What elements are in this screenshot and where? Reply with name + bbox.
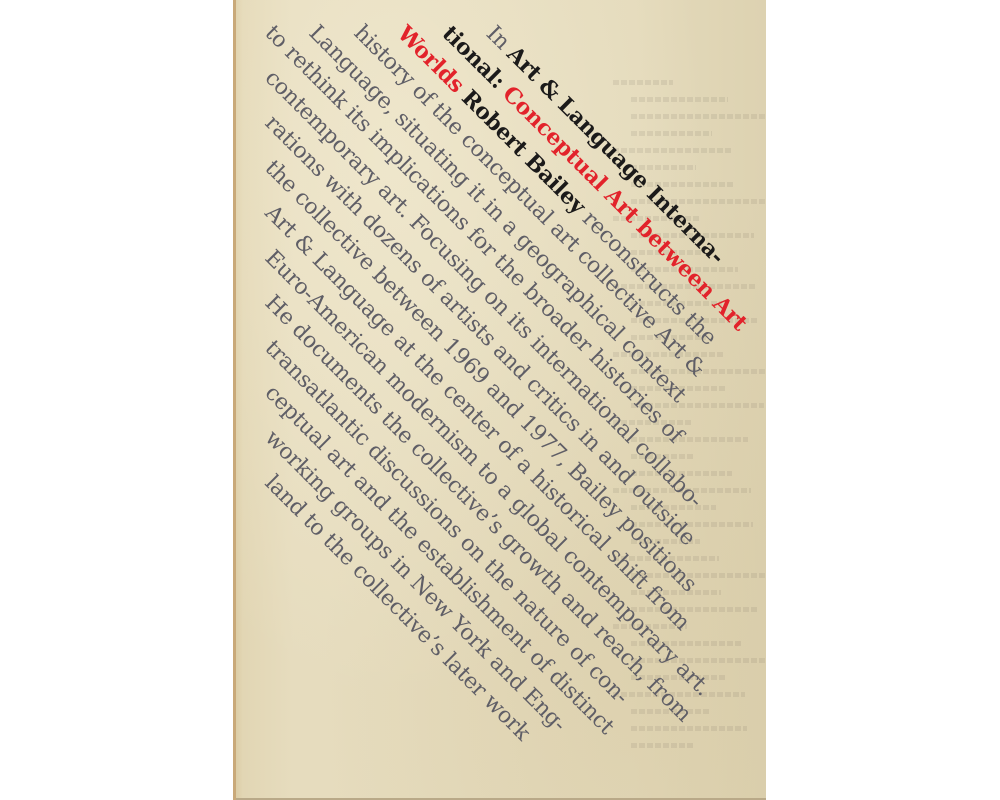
faded-print-line — [631, 658, 766, 663]
book-cover: In Art & Language Interna-tional: Concep… — [233, 0, 766, 800]
faded-print-line — [631, 726, 747, 731]
faded-print-line — [613, 80, 673, 85]
faded-print-line — [631, 743, 694, 748]
faded-print-line — [631, 114, 765, 119]
faded-print-line — [631, 97, 728, 102]
faded-print-line — [631, 131, 712, 136]
